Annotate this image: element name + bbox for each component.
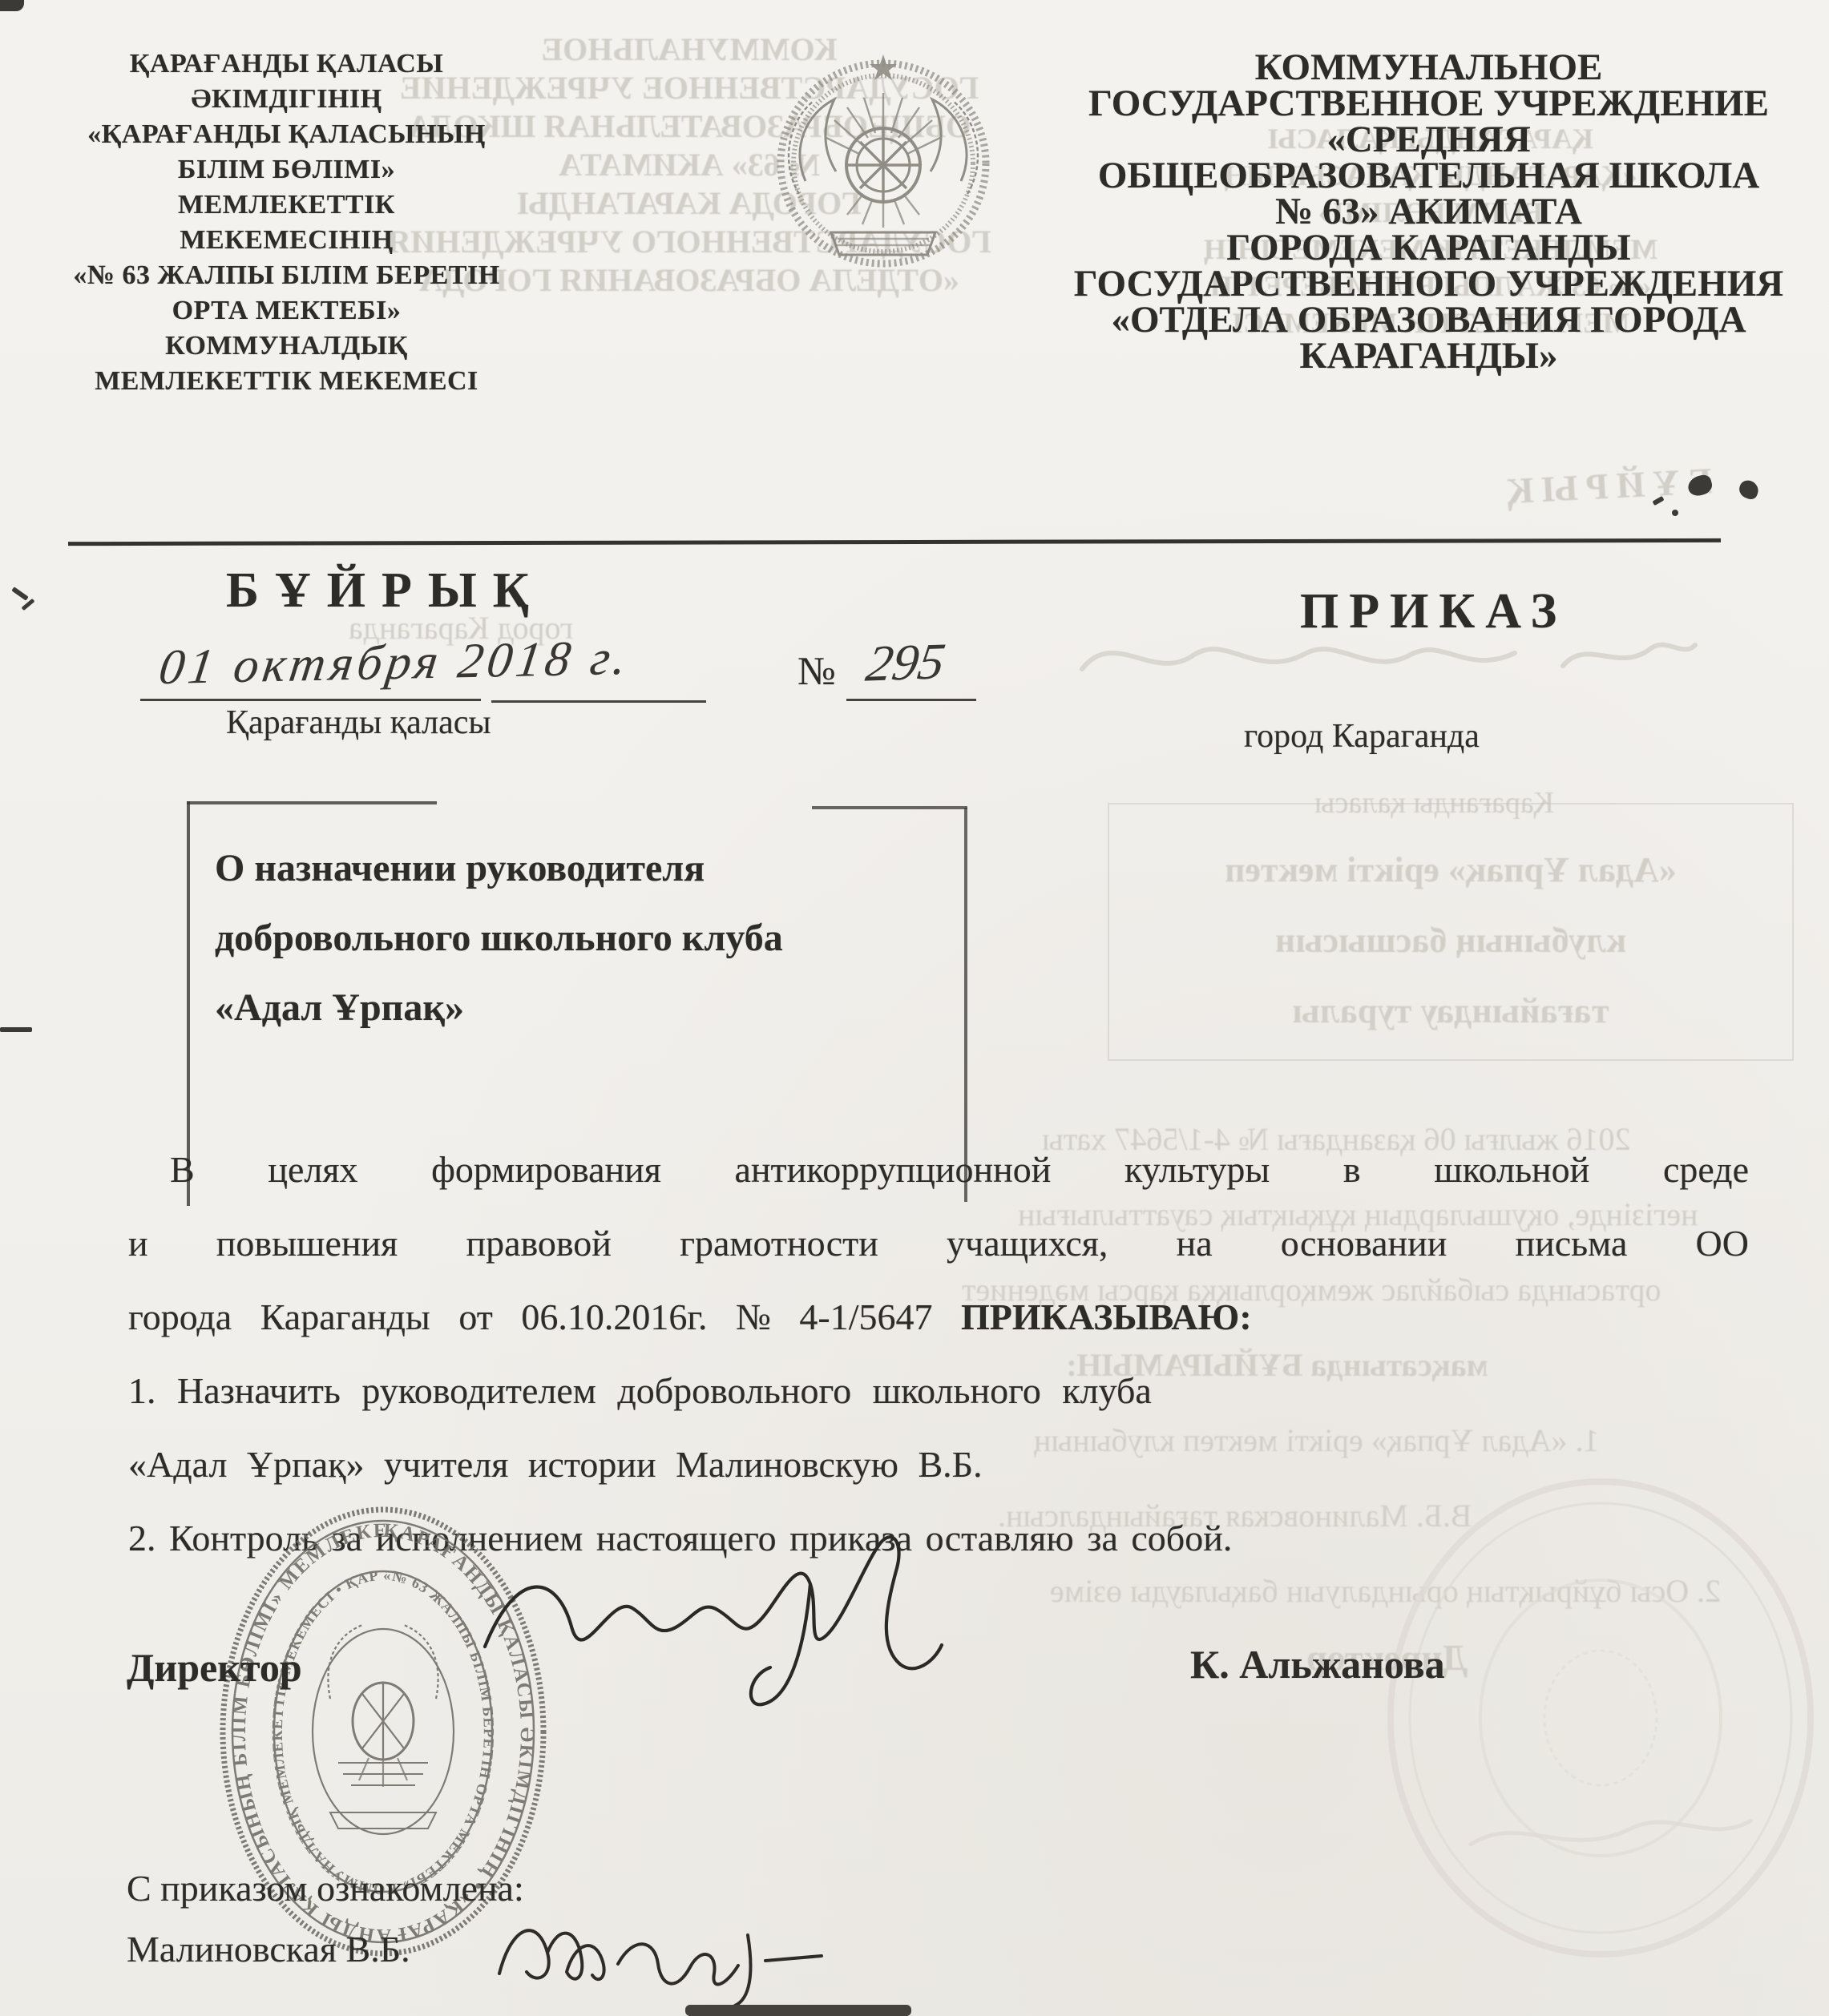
date-underline-2 [491, 700, 706, 703]
org-ru-line: «ОТДЕЛА ОБРАЗОВАНИЯ ГОРОДА [1038, 302, 1819, 338]
org-kk-line: МЕМЛЕКЕТТІК МЕКЕМЕСІНІҢ [68, 187, 505, 258]
org-kk-line: ОРТА МЕКТЕБІ» [68, 293, 505, 329]
acknowledgement-signature [477, 1887, 934, 2011]
org-ru-line: КОММУНАЛЬНОЕ [1038, 50, 1819, 86]
org-kk-line: КОММУНАЛДЫҚ [68, 329, 505, 364]
bottom-edge-smudge [685, 2005, 911, 2016]
place-russian: город Караганда [1244, 717, 1480, 756]
ink-speck [1672, 510, 1678, 516]
acknowledged-name: Малиновская В.Б. [127, 1928, 410, 1970]
org-name-kazakh: ҚАРАҒАНДЫ ҚАЛАСЫ ӘКІМДІГІНІҢ «ҚАРАҒАНДЫ … [68, 46, 505, 399]
org-name-russian: КОММУНАЛЬНОЕ ГОСУДАРСТВЕННОЕ УЧРЕЖДЕНИЕ … [1038, 50, 1819, 374]
org-ru-line: № 63» АКИМАТА [1038, 194, 1819, 230]
acknowledgement-line: С приказом ознакомлена: [127, 1867, 524, 1909]
org-ru-line: ГОСУДАРСТВЕННОГО УЧРЕЖДЕНИЯ [1038, 266, 1819, 302]
margin-mark [21, 599, 34, 611]
title-box-right-border [964, 808, 967, 1202]
org-kk-line: «№ 63 ЖАЛПЫ БІЛІМ БЕРЕТІН [68, 258, 505, 293]
body-line-1: В целях формирования антикоррупционной к… [128, 1146, 1749, 1220]
handwritten-number: 295 [862, 631, 949, 693]
bleed-title-box: «Адал Ұрпақ» ерікті мектеп клубының басш… [1108, 803, 1794, 1061]
body-line-3: города Караганды от 06.10.2016г. № 4-1/5… [128, 1293, 1749, 1367]
body-line-4: 1. Назначить руководителем добровольного… [128, 1367, 1749, 1441]
margin-mark [0, 1027, 32, 1032]
org-kk-line: ӘКІМДІГІНІҢ [68, 82, 505, 117]
bleed-title-line: тағайындау туралы [1109, 976, 1792, 1046]
order-title-line: «Адал Ұрпақ» [215, 973, 783, 1042]
body-line-3-text: города Караганды от 06.10.2016г. № 4-1/5… [128, 1296, 961, 1337]
org-ru-line: ГОРОДА КАРАГАНДЫ [1038, 230, 1819, 266]
org-kk-line: ҚАРАҒАНДЫ ҚАЛАСЫ [68, 46, 505, 82]
org-ru-line: КАРАГАНДЫ» [1038, 338, 1819, 374]
bleed-title-line: «Адал Ұрпақ» ерікті мектеп [1109, 835, 1792, 905]
director-name: К. Альжанова [1190, 1641, 1445, 1687]
org-ru-line: «СРЕДНЯЯ [1038, 122, 1819, 158]
number-sign: № [797, 647, 836, 694]
date-underline-1 [140, 699, 481, 701]
header-separator-rule [68, 538, 1721, 546]
prikazyvayu-keyword: ПРИКАЗЫВАЮ: [961, 1296, 1252, 1337]
scan-artifact [0, 0, 24, 11]
place-kazakh: Қарағанды қаласы [226, 704, 491, 742]
order-title-line: добровольного школьного клуба [215, 903, 783, 973]
bleed-heading-kk: БҰЙРЫҚ [1498, 459, 1713, 513]
bleed-title-line: клубының басшысын [1109, 905, 1792, 976]
director-signature [461, 1510, 950, 1723]
org-kk-line: МЕМЛЕКЕТТІК МЕКЕМЕСІ [68, 364, 505, 399]
scanned-order-document: КОММУНАЛЬНОЕ ГОСУДАРСТВЕННОЕ УЧРЕЖДЕНИЕ … [0, 0, 1829, 2016]
org-kk-line: «ҚАРАҒАНДЫ ҚАЛАСЫНЫҢ [68, 117, 505, 152]
org-kk-line: БІЛІМ БӨЛІМІ» [68, 152, 505, 187]
kazakhstan-emblem-icon [757, 37, 1010, 277]
bleed-handwriting-squiggle [1066, 613, 1707, 701]
title-box-top-right-segment [812, 806, 967, 809]
order-title-line: О назначении руководителя [215, 833, 783, 903]
org-ru-line: ГОСУДАРСТВЕННОЕ УЧРЕЖДЕНИЕ [1038, 86, 1819, 122]
margin-mark [11, 587, 28, 601]
body-line-2: и повышения правовой грамотности учащихс… [128, 1220, 1749, 1293]
org-ru-line: ОБЩЕОБРАЗОВАТЕЛЬНАЯ ШКОЛА [1038, 158, 1819, 194]
bleed-title-text: «Адал Ұрпақ» ерікті мектеп клубының басш… [1109, 804, 1792, 1046]
bleed-stamp-icon [1375, 1468, 1827, 1969]
director-label: Директор [127, 1644, 302, 1691]
number-underline [846, 699, 976, 701]
handwritten-date: 01 октября 2018 г. [155, 630, 634, 696]
ink-blot [1737, 478, 1761, 502]
title-box-top-left-segment [187, 801, 437, 804]
order-title: О назначении руководителя добровольного … [215, 833, 783, 1042]
